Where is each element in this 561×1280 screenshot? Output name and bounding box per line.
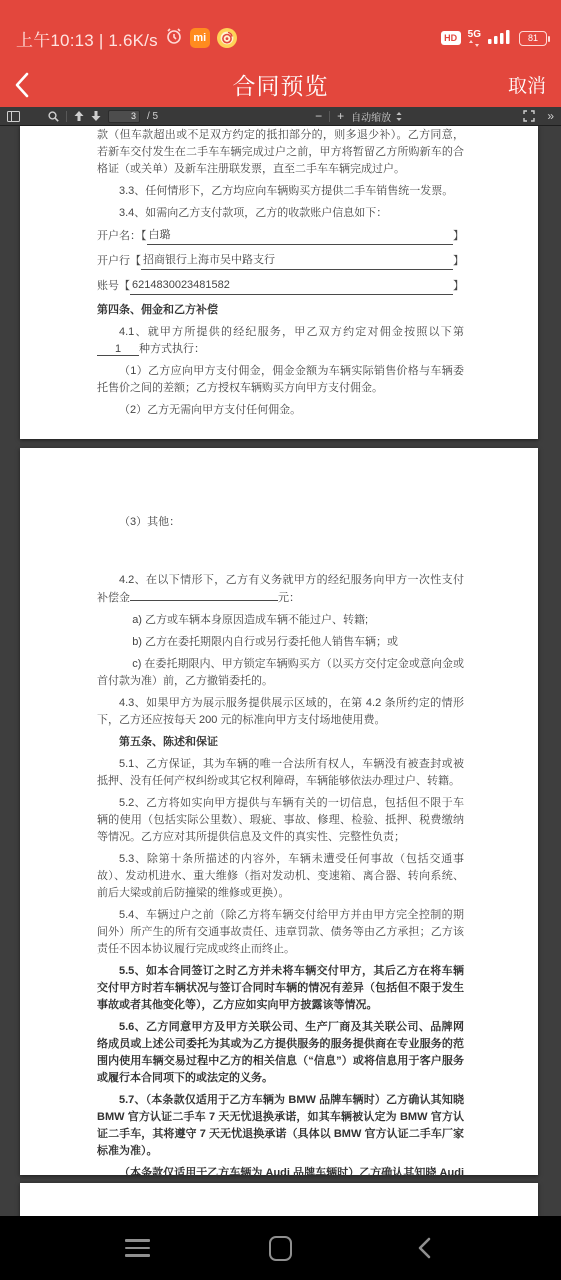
clause-4-2-suffix: 元： (278, 592, 300, 604)
list-item: a) 乙方或车辆本身原因造成车辆不能过户、转籍; (97, 612, 464, 629)
paragraph: 5.4、车辆过户之前（除乙方将车辆交付给甲方并由甲方完全控制的期间外）所产生的所… (97, 907, 464, 958)
presentation-mode-icon[interactable] (523, 110, 535, 122)
account-name-value: 白璐 (147, 227, 454, 245)
bracket-close: 】 (453, 278, 464, 295)
page-title: 合同预览 (0, 68, 561, 101)
recents-button[interactable] (118, 1228, 158, 1268)
toolbar-separator (329, 111, 330, 122)
sidebar-toggle-icon[interactable] (7, 111, 20, 122)
data-arrows-icon (468, 40, 480, 47)
zoom-out-button[interactable]: − (315, 110, 322, 122)
account-number-label: 账号【 (97, 278, 130, 295)
paragraph: 3.3、任何情形下，乙方均应向车辆购买方提供二手车销售统一发票。 (97, 183, 464, 200)
paragraph: 4.1、就甲方所提供的经纪服务，甲乙双方约定对佣金按照以下第1种方式执行： (97, 324, 464, 358)
paragraph: 5.5、如本合同签订之时乙方并未将车辆交付甲方，其后乙方在将车辆交付甲方时若车辆… (97, 963, 464, 1014)
clause-4-1-post: 种方式执行： (139, 343, 205, 355)
account-number-value: 6214830023481582 (130, 277, 453, 295)
android-back-button[interactable] (404, 1228, 444, 1268)
select-caret-icon (396, 112, 402, 121)
paragraph: 3.4、如需向乙方支付款项，乙方的收款账户信息如下： (97, 205, 464, 222)
status-right: HD 5G 81 (441, 28, 547, 49)
paragraph: 4.2、在以下情形下，乙方有义务就甲方的经纪服务向甲方一次性支付补偿金元： (97, 572, 464, 607)
hd-badge: HD (441, 31, 461, 45)
back-icon (416, 1236, 432, 1260)
weibo-icon (217, 28, 237, 48)
account-number-row: 账号【 6214830023481582 】 (97, 277, 464, 295)
page-up-icon[interactable] (74, 111, 84, 121)
zoom-controls: − + 自动缩放 (315, 109, 402, 124)
toolbar-separator (66, 111, 67, 122)
paragraph: （2）乙方无需向甲方支付任何佣金。 (97, 402, 464, 419)
alarm-icon (165, 27, 183, 50)
bracket-close: 】 (453, 228, 464, 245)
cancel-button[interactable]: 取消 (508, 71, 546, 98)
status-left: 上午10:13 | 1.6K/s mi (16, 26, 237, 51)
pdf-page-2: （3）其他： 4.2、在以下情形下，乙方有义务就甲方的经纪服务向甲方一次性支付补… (20, 448, 538, 1175)
bank-row: 开户行【 招商银行上海市吴中路支行 】 (97, 252, 464, 270)
status-bar: 上午10:13 | 1.6K/s mi HD 5G (0, 0, 561, 62)
pdf-page-1: 款（但车款超出或不足双方约定的抵扣部分的，则多退少补）。乙方同意，若新车交付发生… (20, 126, 538, 439)
list-item: c) 在委托期限内、甲方锁定车辆购买方（以买方交付定金或意向金或首付款为准）前，… (97, 656, 464, 690)
page-count: / 5 (147, 111, 158, 122)
section-heading: 第四条、佣金和乙方补偿 (97, 302, 464, 319)
more-tools-button[interactable]: » (547, 109, 554, 123)
android-navigation-bar (0, 1216, 561, 1280)
bracket-close: 】 (453, 253, 464, 270)
clause-4-2-blank (130, 589, 278, 601)
account-name-label: 开户名：【 (97, 228, 147, 245)
toolbar-right: » (523, 109, 554, 123)
home-button[interactable] (261, 1228, 301, 1268)
zoom-mode-label: 自动缩放 (351, 109, 391, 124)
pdf-viewer[interactable]: 款（但车款超出或不足双方约定的抵扣部分的，则多退少补）。乙方同意，若新车交付发生… (0, 126, 561, 1216)
zoom-in-button[interactable]: + (337, 110, 344, 122)
battery-icon: 81 (519, 31, 547, 46)
back-button[interactable] (0, 68, 47, 102)
paragraph: 5.3、除第十条所描述的内容外，车辆未遭受任何事故（包括交通事故）、发动机进水、… (97, 851, 464, 902)
account-name-row: 开户名：【 白璐 】 (97, 227, 464, 245)
zoom-mode-select[interactable]: 自动缩放 (351, 109, 402, 124)
page-down-icon[interactable] (91, 111, 101, 121)
paragraph: （3）其他： (97, 514, 464, 531)
signal-bars-icon (488, 28, 512, 49)
clause-4-1-pre: 4.1、就甲方所提供的经纪服务，甲乙双方约定对佣金按照以下第 (119, 326, 464, 338)
pdf-toolbar: / 5 − + 自动缩放 » (0, 107, 561, 126)
paragraph: 5.7、（本条款仅适用于乙方车辆为 BMW 品牌车辆时）乙方确认其知晓 BMW … (97, 1092, 464, 1160)
network-type-label: 5G (468, 30, 481, 40)
bank-value: 招商银行上海市吴中路支行 (141, 252, 453, 270)
page-number-input[interactable] (108, 110, 140, 123)
mi-logo: mi (190, 28, 210, 48)
paragraph: （1）乙方应向甲方支付佣金，佣金金额为车辆实际销售价格与车辆委托售价之间的差额；… (97, 363, 464, 397)
bank-label: 开户行【 (97, 253, 141, 270)
battery-nub (548, 36, 551, 42)
home-icon (269, 1236, 292, 1261)
paragraph: 款（但车款超出或不足双方约定的抵扣部分的，则多退少补）。乙方同意，若新车交付发生… (97, 127, 464, 178)
paragraph: 5.1、乙方保证，其为车辆的唯一合法所有权人，车辆没有被查封或被抵押、没有任何产… (97, 756, 464, 790)
network-type-indicator: 5G (468, 30, 481, 47)
clause-4-1-blank: 1 (97, 343, 139, 356)
phone-screen: 上午10:13 | 1.6K/s mi HD 5G (0, 0, 561, 1280)
battery-percent: 81 (528, 33, 538, 43)
list-item: b) 乙方在委托期限内自行或另行委托他人销售车辆；或 (97, 634, 464, 651)
paragraph: 5.2、乙方将如实向甲方提供与车辆有关的一切信息，包括但不限于车辆的使用（包括实… (97, 795, 464, 846)
title-bar: 合同预览 取消 (0, 62, 561, 107)
time-and-speed: 上午10:13 | 1.6K/s (16, 26, 158, 51)
paragraph: 4.3、如果甲方为展示服务提供展示区域的，在第 4.2 条所约定的情形下，乙方还… (97, 695, 464, 729)
search-icon[interactable] (48, 111, 59, 122)
section-heading: 第五条、陈述和保证 (97, 734, 464, 751)
paragraph: 5.6、乙方同意甲方及甲方关联公司、生产厂商及其关联公司、品牌网络成员或上述公司… (97, 1019, 464, 1087)
back-chevron-icon (14, 72, 29, 98)
pdf-page-3 (20, 1183, 538, 1216)
menu-icon (125, 1239, 150, 1257)
